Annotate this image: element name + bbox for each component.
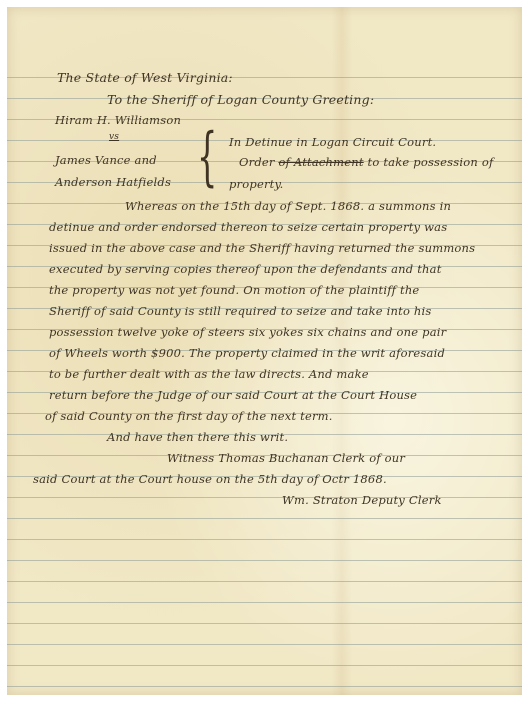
ruled-line [7,686,522,687]
defendants-line-1: James Vance and [55,155,157,167]
document-heading: The State of West Virginia: [57,72,233,85]
witness-line-2: said Court at the Court house on the 5th… [33,474,387,486]
witness-line-1: Witness Thomas Buchanan Clerk of our [167,453,405,465]
manuscript-page: The State of West Virginia: To the Sheri… [7,7,522,695]
body-line: detinue and order endorsed thereon to se… [49,222,447,234]
action-line-2: Order of Attachment to take possession o… [239,157,493,169]
closing-line: And have then there this writ. [107,432,288,444]
action-line-3: property. [229,179,284,191]
body-line: to be further dealt with as the law dire… [49,369,369,381]
body-line: Sheriff of said County is still required… [49,306,432,318]
body-line: return before the Judge of our said Cour… [49,390,417,402]
ruled-line [7,602,522,603]
action-line-1: In Detinue in Logan Circuit Court. [229,137,436,149]
body-line: of Wheels worth $900. The property claim… [49,348,445,360]
clerk-signature: Wm. Straton Deputy Clerk [282,495,442,507]
ruled-line [7,539,522,540]
body-line: of said County on the first day of the n… [45,411,333,423]
ruled-line [7,497,522,498]
address-line: To the Sheriff of Logan County Greeting: [107,94,374,107]
caption-brace: { [197,125,217,189]
ruled-line [7,644,522,645]
versus-label: vs [109,133,119,142]
plaintiff-name: Hiram H. Williamson [55,115,181,127]
body-line: the property was not yet found. On motio… [49,285,419,297]
body-line: Whereas on the 15th day of Sept. 1868. a… [125,201,451,213]
struck-attachment-text: of Attachment [278,155,363,169]
body-line: issued in the above case and the Sheriff… [49,243,475,255]
body-line: executed by serving copies thereof upon … [49,264,442,276]
action-take-possession: to take possession of [368,155,494,169]
ruled-line [7,560,522,561]
action-order-label: Order [239,155,275,169]
ruled-line [7,518,522,519]
body-line: possession twelve yoke of steers six yok… [49,327,446,339]
defendants-line-2: Anderson Hatfields [55,177,171,189]
ruled-line [7,623,522,624]
ruled-line [7,581,522,582]
ruled-line [7,665,522,666]
